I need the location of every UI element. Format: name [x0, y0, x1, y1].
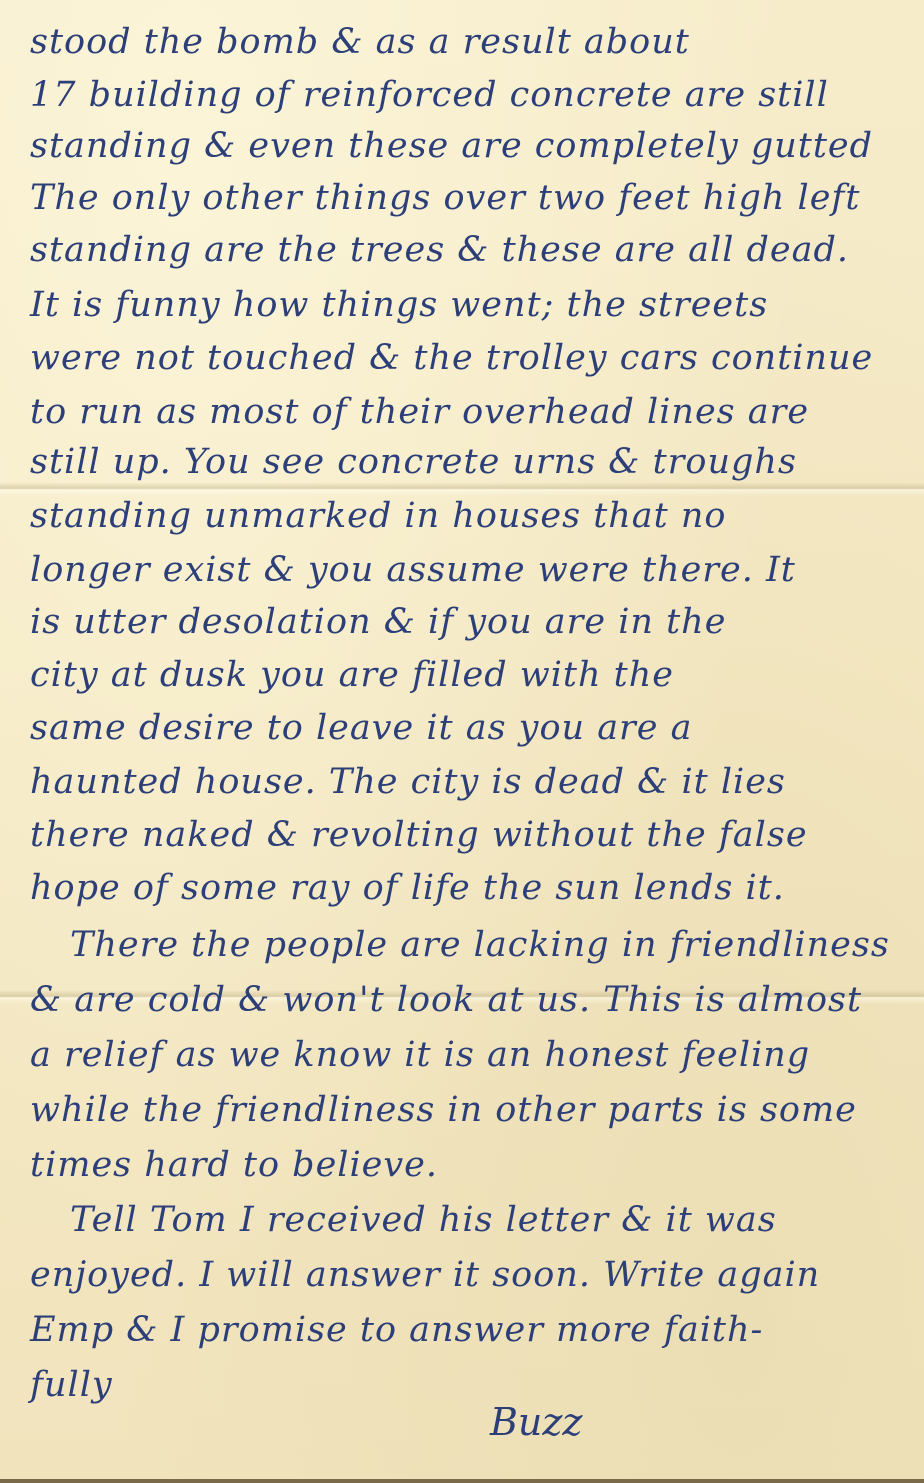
letter-line: a relief as we know it is an honest feel…	[30, 1035, 810, 1075]
letter-line: There the people are lacking in friendli…	[70, 925, 890, 965]
letter-page: stood the bomb & as a result about 17 bu…	[0, 0, 924, 1479]
letter-line: haunted house. The city is dead & it lie…	[30, 762, 786, 802]
letter-line: stood the bomb & as a result about	[30, 22, 690, 62]
letter-line: times hard to believe.	[30, 1145, 438, 1185]
letter-line: to run as most of their overhead lines a…	[30, 392, 809, 432]
letter-line: while the friendliness in other parts is…	[30, 1090, 857, 1130]
letter-line: longer exist & you assume were there. It	[30, 550, 796, 590]
letter-line: standing unmarked in houses that no	[30, 496, 726, 536]
signature: Buzz	[490, 1400, 582, 1444]
letter-line: fully	[30, 1365, 113, 1405]
letter-line: It is funny how things went; the streets	[30, 285, 768, 325]
letter-line: standing are the trees & these are all d…	[30, 230, 849, 270]
scan-edge	[0, 1479, 924, 1483]
letter-line: city at dusk you are filled with the	[30, 655, 674, 695]
letter-line: The only other things over two feet high…	[30, 178, 860, 218]
letter-line: enjoyed. I will answer it soon. Write ag…	[30, 1255, 820, 1295]
letter-line: standing & even these are completely gut…	[30, 126, 873, 166]
letter-line: & are cold & won't look at us. This is a…	[30, 980, 862, 1020]
letter-line: is utter desolation & if you are in the	[30, 602, 726, 642]
letter-line: Tell Tom I received his letter & it was	[70, 1200, 777, 1240]
letter-line: 17 building of reinforced concrete are s…	[30, 75, 829, 115]
letter-line: there naked & revolting without the fals…	[30, 815, 808, 855]
letter-line: Emp & I promise to answer more faith-	[30, 1310, 763, 1350]
letter-line: were not touched & the trolley cars cont…	[30, 338, 873, 378]
letter-line: same desire to leave it as you are a	[30, 708, 693, 748]
letter-line: hope of some ray of life the sun lends i…	[30, 868, 785, 908]
paper-fold-line	[0, 482, 924, 496]
letter-line: still up. You see concrete urns & trough…	[30, 442, 797, 482]
